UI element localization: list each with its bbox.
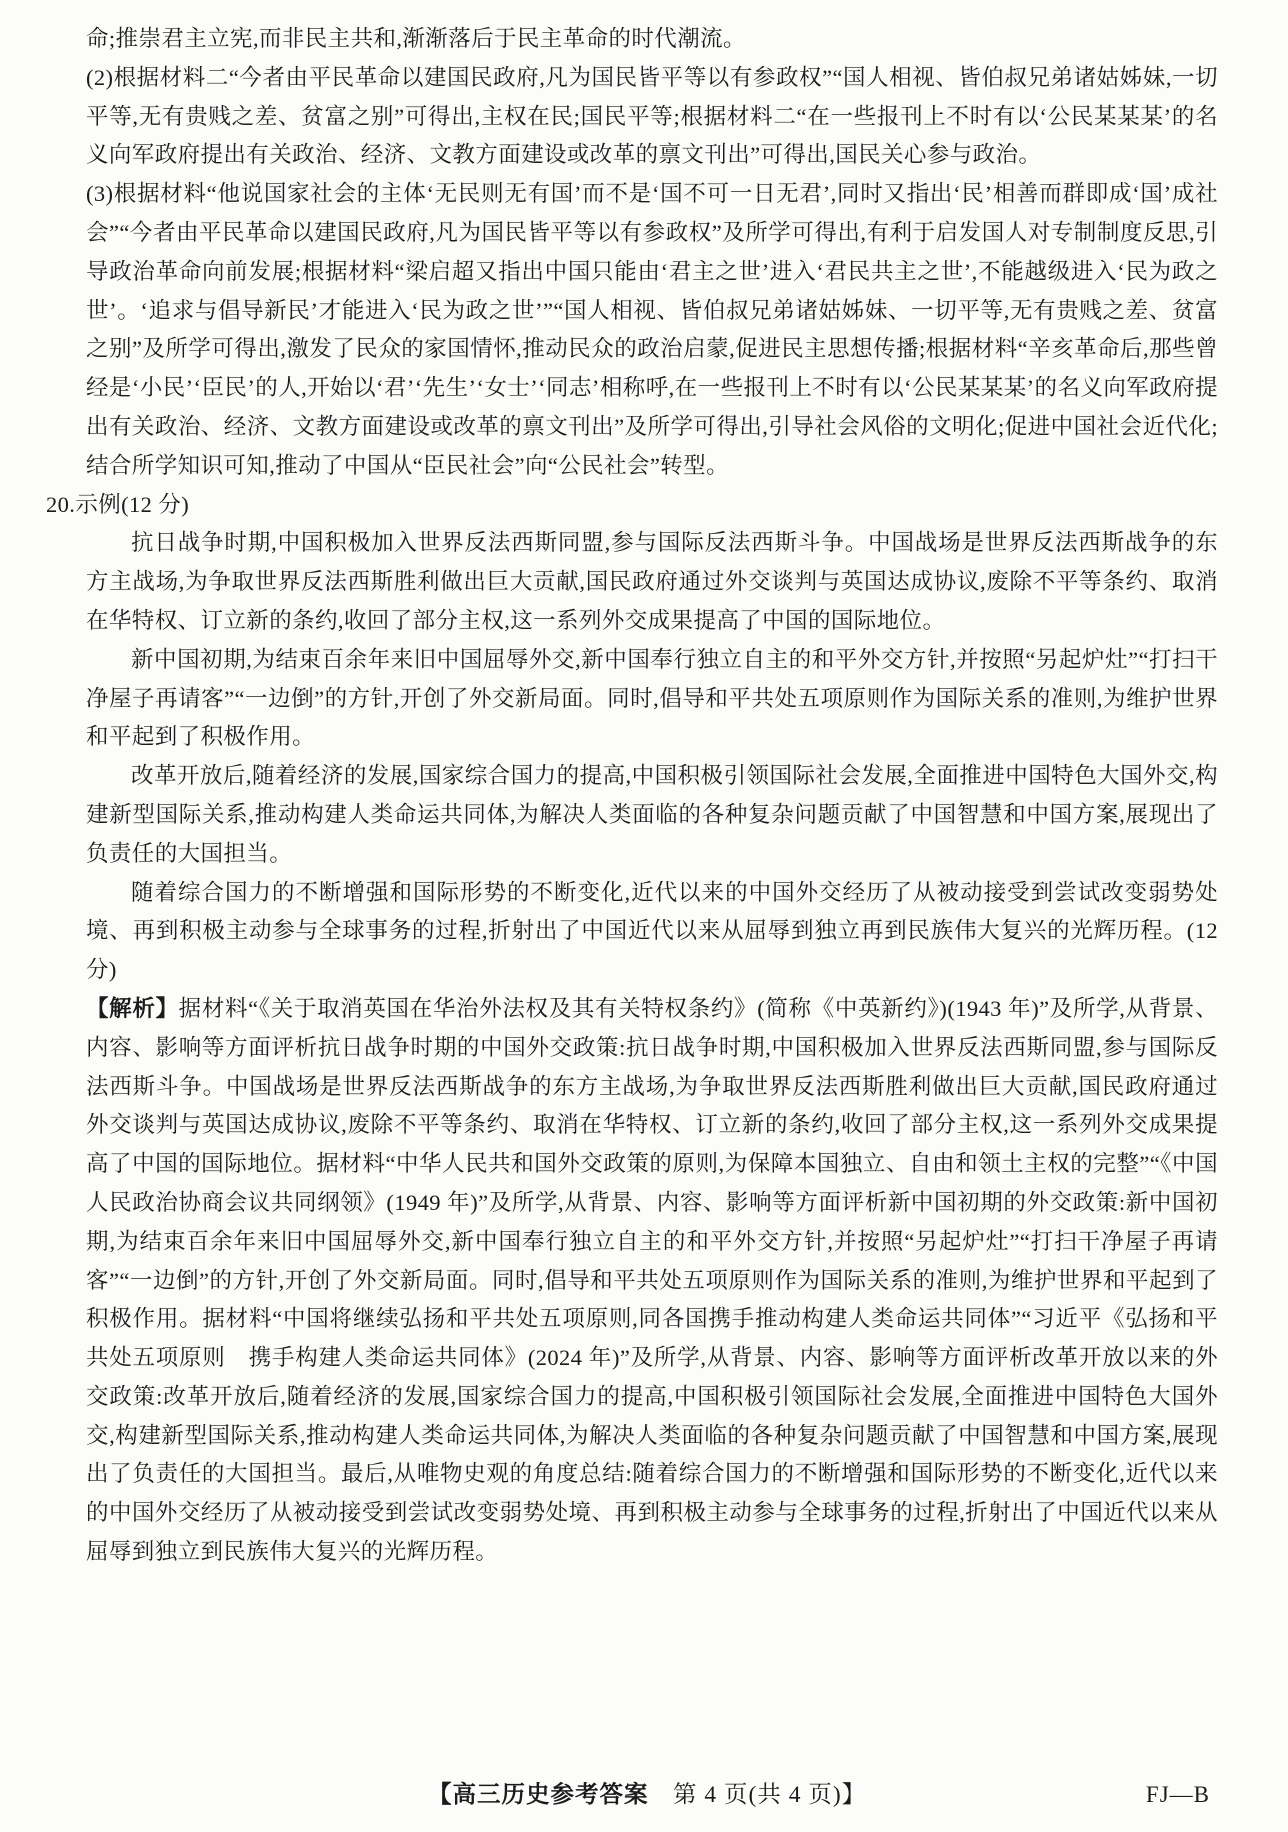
answer-20-para3: 改革开放后,随着经济的发展,国家综合国力的提高,中国积极引领国际社会发展,全面推…: [86, 757, 1218, 873]
answer-content: 命;推崇君主立宪,而非民主共和,渐渐落后于民主革命的时代潮流。(2)根据材料二“…: [86, 20, 1218, 1572]
question-20-header: 20.示例(12 分): [86, 486, 1218, 525]
answer-20-para1: 抗日战争时期,中国积极加入世界反法西斯同盟,参与国际反法西斯斗争。中国战场是世界…: [86, 524, 1218, 640]
footer-title: 【高三历史参考答案 第 4 页(共 4 页)】: [428, 1778, 866, 1812]
answer-20-para4: 随着综合国力的不断增强和国际形势的不断变化,近代以来的中国外交经历了从被动接受到…: [86, 874, 1218, 990]
footer-exam-title: 【高三历史参考答案: [428, 1782, 649, 1808]
analysis-label: 【解析】: [86, 996, 179, 1021]
footer-page-number: 第 4 页(共 4 页)】: [649, 1782, 867, 1808]
page-footer: 【高三历史参考答案 第 4 页(共 4 页)】 FJ—B: [86, 1778, 1216, 1812]
analysis-20: 【解析】据材料“《关于取消英国在华治外法权及其有关特权条约》(简称《中英新约》)…: [86, 990, 1218, 1572]
answer-19-continuation: 命;推崇君主立宪,而非民主共和,渐渐落后于民主革命的时代潮流。: [86, 20, 1218, 59]
document-page: 命;推崇君主立宪,而非民主共和,渐渐落后于民主革命的时代潮流。(2)根据材料二“…: [0, 0, 1288, 1832]
answer-19-part2: (2)根据材料二“今者由平民革命以建国民政府,凡为国民皆平等以有参政权”“国人相…: [86, 59, 1218, 175]
answer-20-para2: 新中国初期,为结束百余年来旧中国屈辱外交,新中国奉行独立自主的和平外交方针,并按…: [86, 641, 1218, 757]
answer-19-part3: (3)根据材料“他说国家社会的主体‘无民则无有国’而不是‘国不可一日无君’,同时…: [86, 175, 1218, 485]
paper-code: FJ—B: [1146, 1778, 1210, 1812]
